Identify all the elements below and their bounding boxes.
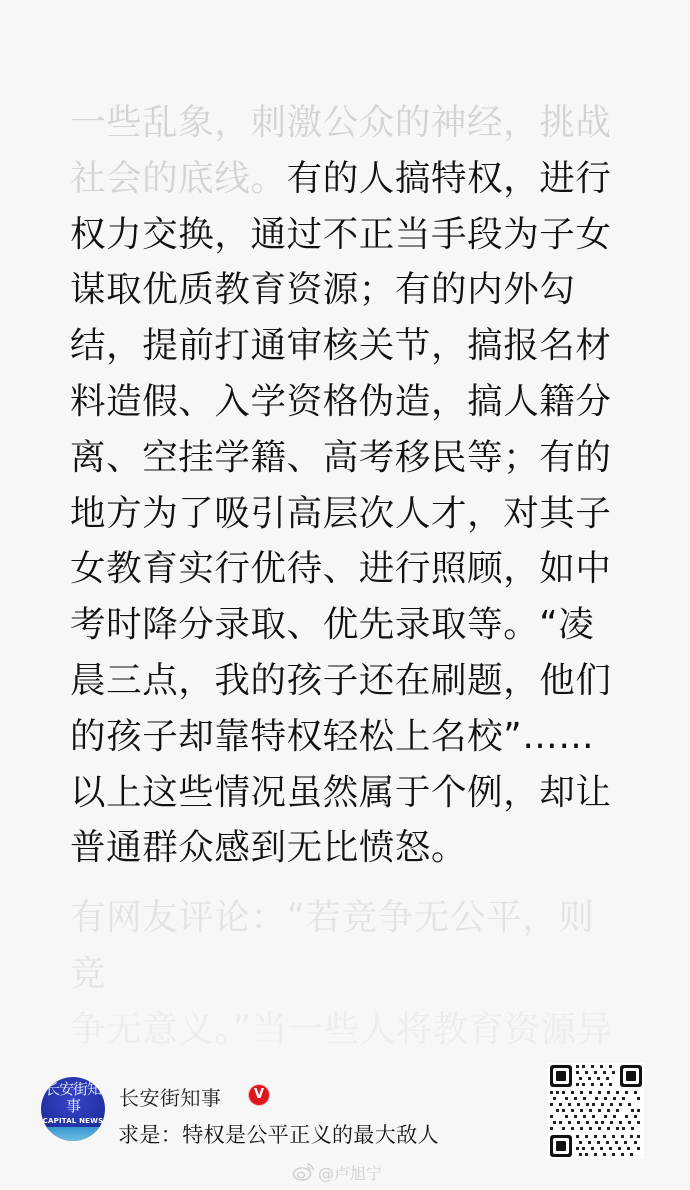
article-title[interactable]: 求是：特权是公平正义的最大敌人	[118, 1119, 439, 1149]
watermark-handle: @卢旭宁	[318, 1161, 382, 1184]
account-name[interactable]: 长安街知事	[119, 1082, 222, 1111]
avatar-main-text: 长安街知事	[41, 1081, 105, 1115]
paragraph-2-line-2: 争无意义。”当一些人将教育资源异	[70, 1009, 613, 1050]
paragraph-2-line-1: 有网友评论：“若竞争无公平，则竞	[70, 897, 594, 994]
verified-badge-icon: V	[249, 1085, 269, 1105]
paragraph-1: 一些乱象，刺激公众的神经，挑战社会的底线。有的人搞特权，进行权力交换，通过不正当…	[70, 95, 622, 876]
article-body: 一些乱象，刺激公众的神经，挑战社会的底线。有的人搞特权，进行权力交换，通过不正当…	[70, 95, 622, 1058]
qr-code-icon[interactable]	[548, 1063, 644, 1159]
paragraph-1-body: 有的人搞特权，进行权力交换，通过不正当手段为子女谋取优质教育资源；有的内外勾结，…	[70, 158, 612, 869]
paragraph-2: 有网友评论：“若竞争无公平，则竞争无意义。”当一些人将教育资源异	[70, 890, 622, 1057]
avatar-sub-text: CAPITAL NEWS	[41, 1117, 105, 1125]
weibo-logo-icon	[292, 1162, 314, 1182]
watermark: @卢旭宁	[292, 1159, 382, 1185]
avatar[interactable]: 长安街知事 CAPITAL NEWS	[41, 1077, 105, 1141]
avatar-bottom-graphic	[41, 1127, 105, 1141]
